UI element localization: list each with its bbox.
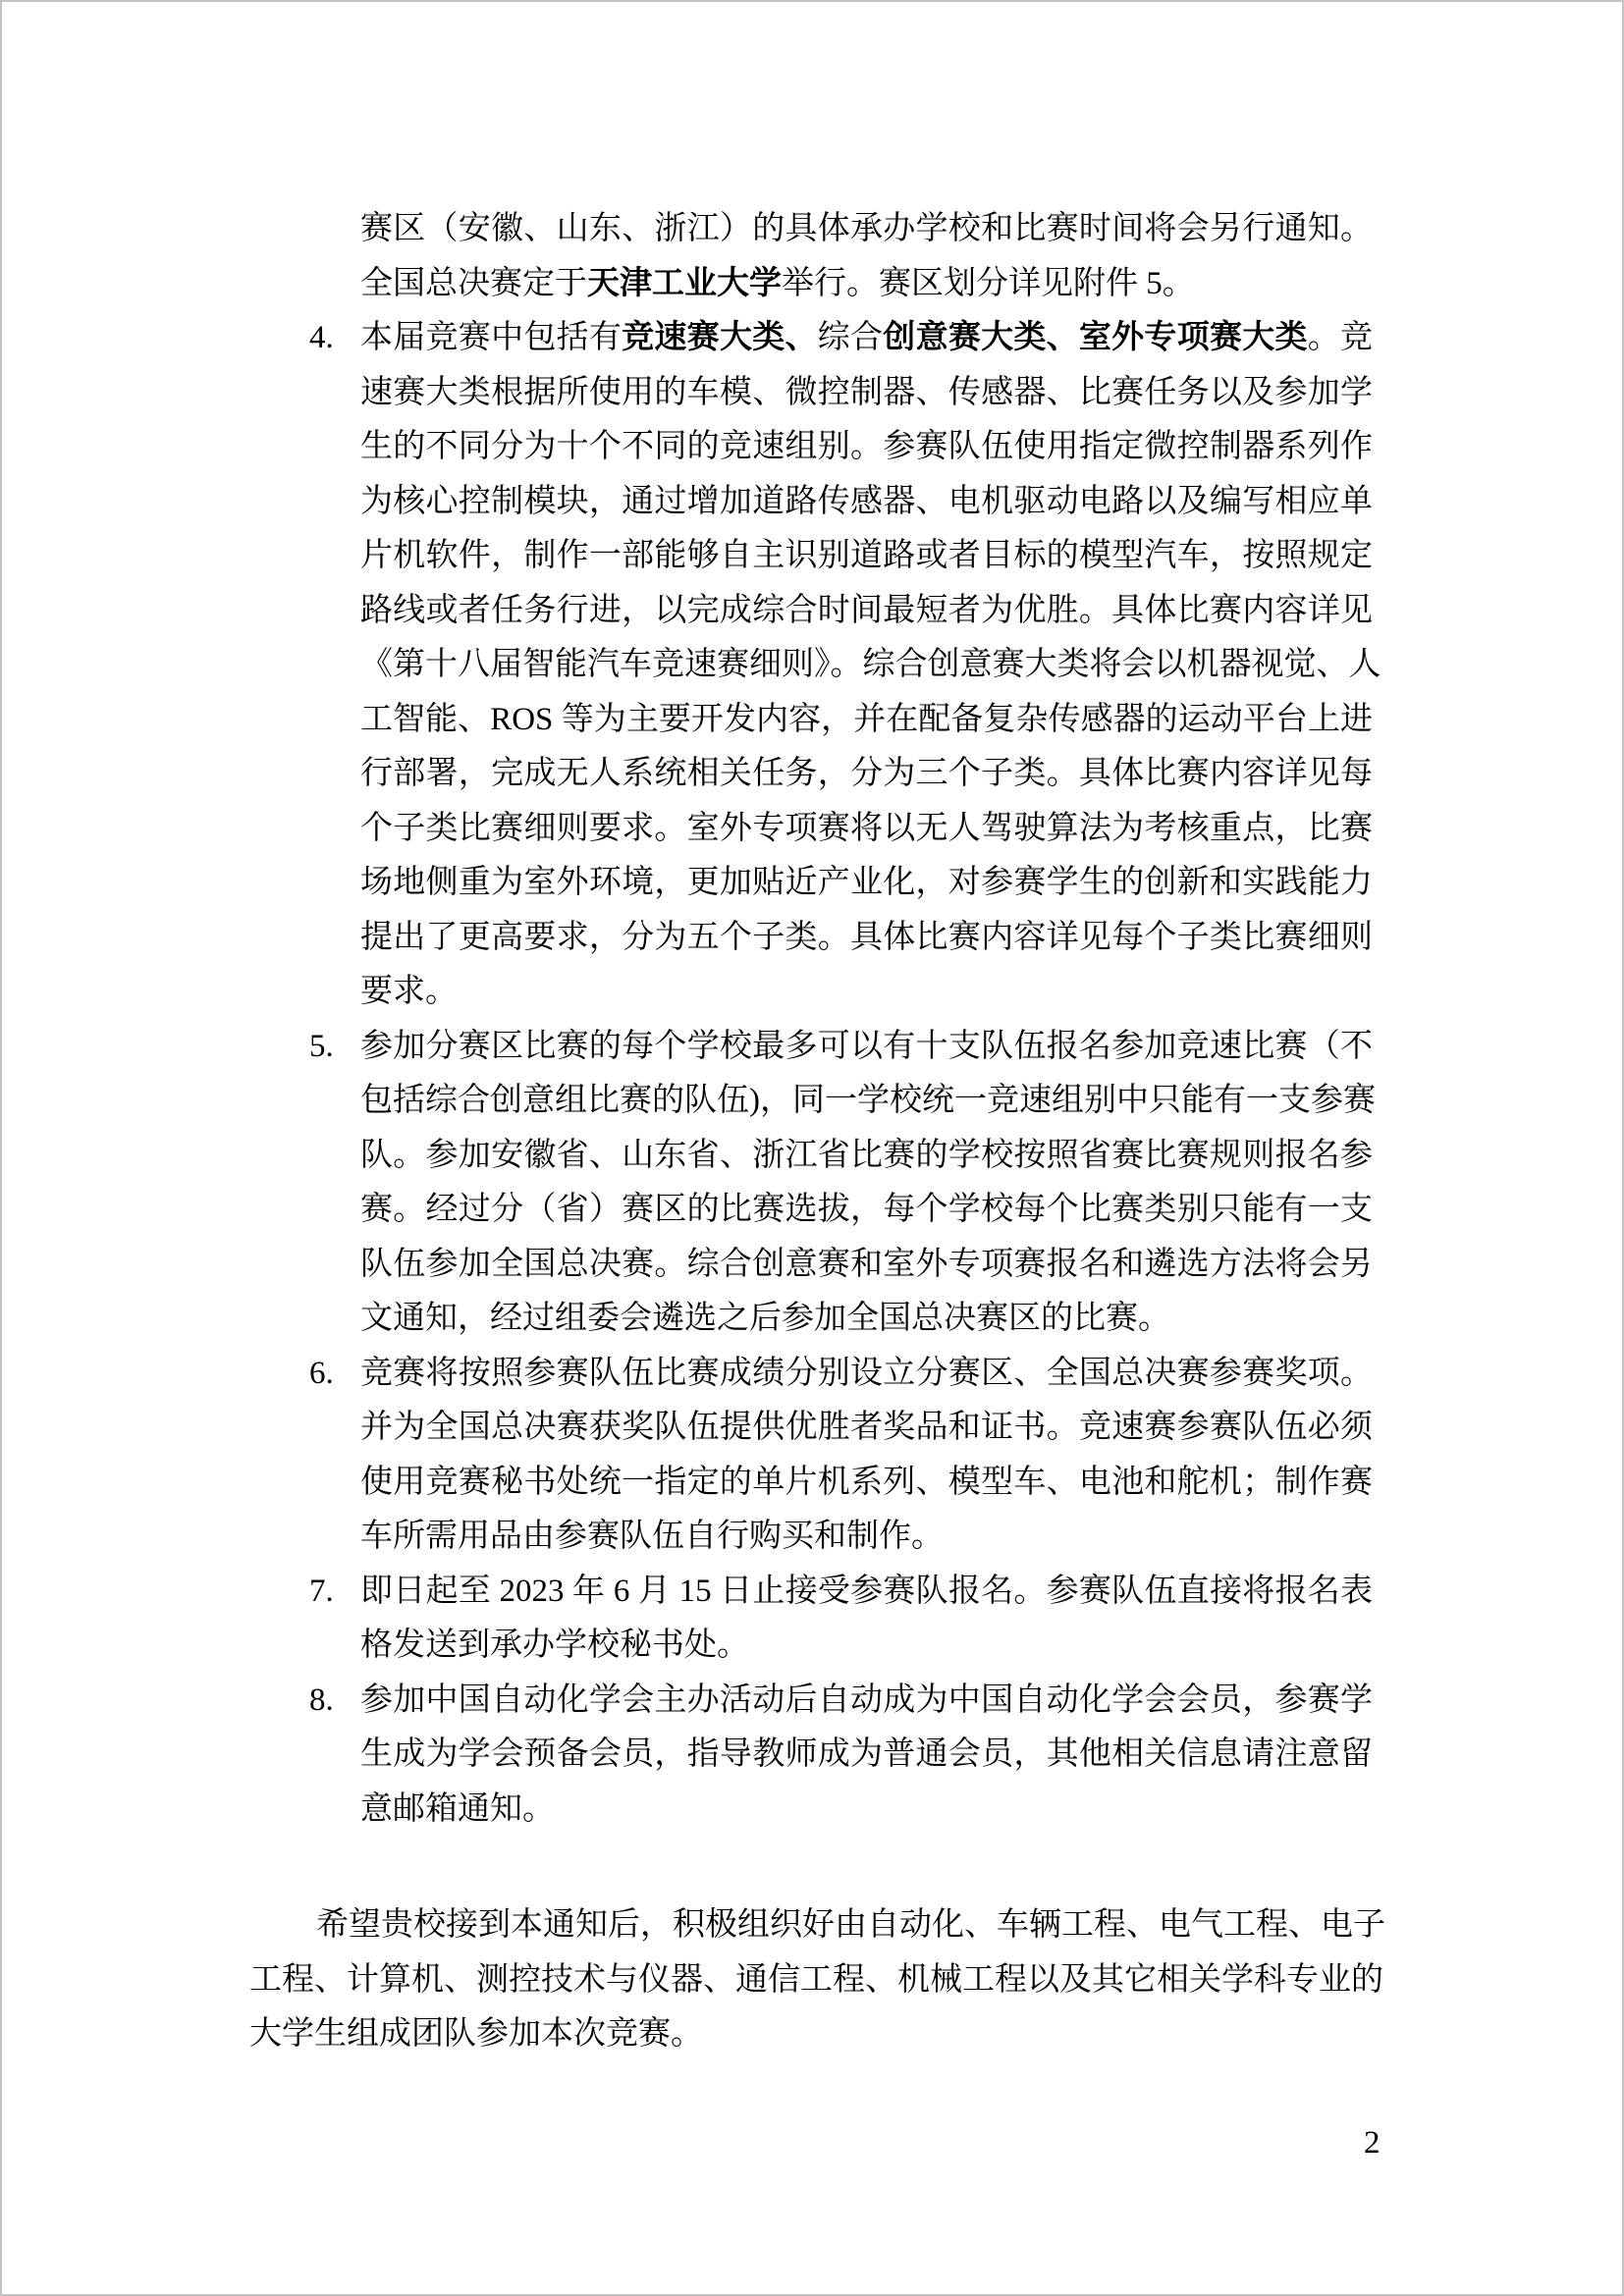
text-line: 路线或者任务行进，以完成综合时间最短者为优胜。具体比赛内容详见 [360,584,1373,639]
text-segment: 速赛大类根据所使用的车模、微控制器、传感器、比赛任务以及参加学 [360,375,1373,410]
text-segment: 《第十八届智能汽车竞速赛细则》。综合创意赛大类将会以机器视觉、人 [360,647,1381,682]
text-segment: 工程、计算机、测控技术与仪器、通信工程、机械工程以及其它相关学科专业的 [249,1962,1383,1998]
text-segment: 行部署，完成无人系统相关任务，分为三个子类。具体比赛内容详见每 [360,756,1373,791]
text-line: 文通知，经过组委会遴选之后参加全国总决赛区的比赛。 [360,1292,1373,1347]
text-segment: 队伍参加全国总决赛。综合创意赛和室外专项赛报名和遴选方法将会另 [360,1247,1373,1282]
list-item-number: 4. [309,311,360,1020]
bold-text-segment: 竞速赛大类、 [622,320,818,355]
text-line: 工程、计算机、测控技术与仪器、通信工程、机械工程以及其它相关学科专业的 [249,1953,1373,2008]
bold-text-segment: 创意赛大类、室外专项赛大类 [883,320,1307,355]
text-line: 并为全国总决赛获奖队伍提供优胜者奖品和证书。竞速赛参赛队伍必须 [360,1401,1373,1456]
text-segment: 举行。赛区划分详见附件 5。 [782,266,1195,301]
text-line: 希望贵校接到本通知后，积极组织好由自动化、车辆工程、电气工程、电子 [249,1898,1373,1953]
text-segment: 希望贵校接到本通知后，积极组织好由自动化、车辆工程、电气工程、电子 [316,1907,1385,1943]
text-line: 《第十八届智能汽车竞速赛细则》。综合创意赛大类将会以机器视觉、人 [360,638,1373,693]
text-line: 车所需用品由参赛队伍自行购买和制作。 [360,1510,1373,1565]
text-line: 提出了更高要求，分为五个子类。具体比赛内容详见每个子类比赛细则 [360,911,1373,966]
bold-text-segment: 天津工业大学 [587,266,782,301]
text-segment: 意邮箱通知。 [360,1791,555,1827]
list-item: 4.本届竞赛中包括有竞速赛大类、综合创意赛大类、室外专项赛大类。竞速赛大类根据所… [309,311,1624,1020]
list-item-body: 本届竞赛中包括有竞速赛大类、综合创意赛大类、室外专项赛大类。竞速赛大类根据所使用… [360,311,1373,1020]
text-line: 即日起至 2023 年 6 月 15 日止接受参赛队报名。参赛队伍直接将报名表 [360,1565,1373,1620]
text-segment: 包括综合创意组比赛的队伍)，同一学校统一竞速组别中只能有一支参赛 [360,1083,1376,1118]
text-line: 参加分赛区比赛的每个学校最多可以有十支队伍报名参加竞速比赛（不 [360,1020,1373,1075]
text-segment: 个子类比赛细则要求。室外专项赛将以无人驾驶算法为考核重点，比赛 [360,811,1373,846]
list-item: 5.参加分赛区比赛的每个学校最多可以有十支队伍报名参加竞速比赛（不包括综合创意组… [309,1020,1624,1347]
text-segment: 赛区（安徽、山东、浙江）的具体承办学校和比赛时间将会另行通知。 [360,211,1373,246]
text-line: 包括综合创意组比赛的队伍)，同一学校统一竞速组别中只能有一支参赛 [360,1074,1373,1129]
text-segment: 生成为学会预备会员，指导教师成为普通会员，其他相关信息请注意留 [360,1736,1373,1772]
list-item-body: 即日起至 2023 年 6 月 15 日止接受参赛队报名。参赛队伍直接将报名表格… [360,1565,1373,1674]
text-segment: 全国总决赛定于 [360,266,587,301]
text-line: 片机软件，制作一部能够自主识别道路或者目标的模型汽车，按照规定 [360,529,1373,584]
text-segment: 车所需用品由参赛队伍自行购买和制作。 [360,1519,944,1554]
text-line: 行部署，完成无人系统相关任务，分为三个子类。具体比赛内容详见每 [360,747,1373,802]
text-segment: 文通知，经过组委会遴选之后参加全国总决赛区的比赛。 [360,1301,1170,1336]
text-line: 生成为学会预备会员，指导教师成为普通会员，其他相关信息请注意留 [360,1728,1373,1783]
text-line: 场地侧重为室外环境，更加贴近产业化，对参赛学生的创新和实践能力 [360,856,1373,911]
text-segment: 工智能、ROS 等为主要开发内容，并在配备复杂传感器的运动平台上进 [360,702,1373,737]
text-segment: 参加中国自动化学会主办活动后自动成为中国自动化学会会员，参赛学 [360,1682,1373,1718]
text-line: 本届竞赛中包括有竞速赛大类、综合创意赛大类、室外专项赛大类。竞 [360,311,1373,366]
document-page: 赛区（安徽、山东、浙江）的具体承办学校和比赛时间将会另行通知。全国总决赛定于天津… [0,0,1624,2296]
text-line: 队伍参加全国总决赛。综合创意赛和室外专项赛报名和遴选方法将会另 [360,1238,1373,1293]
text-line: 为核心控制模块，通过增加道路传感器、电机驱动电路以及编写相应单 [360,475,1373,530]
text-segment: 大学生组成团队参加本次竞赛。 [249,2016,703,2052]
list-item-number: 8. [309,1674,360,1838]
text-line: 格发送到承办学校秘书处。 [360,1619,1373,1674]
text-line: 要求。 [360,965,1373,1020]
text-line: 赛。经过分（省）赛区的比赛选拔，每个学校每个比赛类别只能有一支 [360,1183,1373,1238]
closing-paragraph: 希望贵校接到本通知后，积极组织好由自动化、车辆工程、电气工程、电子工程、计算机、… [249,1898,1373,2062]
text-line: 大学生组成团队参加本次竞赛。 [249,2007,1373,2062]
text-segment: 参加分赛区比赛的每个学校最多可以有十支队伍报名参加竞速比赛（不 [360,1029,1373,1064]
text-line: 工智能、ROS 等为主要开发内容，并在配备复杂传感器的运动平台上进 [360,693,1373,748]
list-item: 6.竞赛将按照参赛队伍比赛成绩分别设立分赛区、全国总决赛参赛奖项。并为全国总决赛… [309,1347,1624,1565]
numbered-list: 4.本届竞赛中包括有竞速赛大类、综合创意赛大类、室外专项赛大类。竞速赛大类根据所… [0,311,1624,1837]
page-number: 2 [1364,2116,1380,2171]
text-segment: 提出了更高要求，分为五个子类。具体比赛内容详见每个子类比赛细则 [360,920,1373,955]
text-segment: 片机软件，制作一部能够自主识别道路或者目标的模型汽车，按照规定 [360,538,1373,573]
text-line: 使用竞赛秘书处统一指定的单片机系列、模型车、电池和舵机；制作赛 [360,1456,1373,1511]
page-content: 赛区（安徽、山东、浙江）的具体承办学校和比赛时间将会另行通知。全国总决赛定于天津… [0,202,1624,2062]
text-segment: 。竞 [1308,320,1373,355]
text-line: 队。参加安徽省、山东省、浙江省比赛的学校按照省赛比赛规则报名参 [360,1129,1373,1184]
text-line: 全国总决赛定于天津工业大学举行。赛区划分详见附件 5。 [360,257,1373,312]
text-segment: 生的不同分为十个不同的竞速组别。参赛队伍使用指定微控制器系列作 [360,429,1373,464]
text-segment: 队。参加安徽省、山东省、浙江省比赛的学校按照省赛比赛规则报名参 [360,1138,1373,1173]
list-item-body: 参加分赛区比赛的每个学校最多可以有十支队伍报名参加竞速比赛（不包括综合创意组比赛… [360,1020,1373,1347]
text-segment: 综合 [818,320,884,355]
text-line: 个子类比赛细则要求。室外专项赛将以无人驾驶算法为考核重点，比赛 [360,802,1373,857]
text-line: 意邮箱通知。 [360,1783,1373,1838]
text-segment: 本届竞赛中包括有 [360,320,622,355]
text-segment: 路线或者任务行进，以完成综合时间最短者为优胜。具体比赛内容详见 [360,593,1373,628]
list-item-number: 5. [309,1020,360,1347]
list-item-body: 竞赛将按照参赛队伍比赛成绩分别设立分赛区、全国总决赛参赛奖项。并为全国总决赛获奖… [360,1347,1373,1565]
list-item: 7.即日起至 2023 年 6 月 15 日止接受参赛队报名。参赛队伍直接将报名… [309,1565,1624,1674]
text-segment: 赛。经过分（省）赛区的比赛选拔，每个学校每个比赛类别只能有一支 [360,1192,1373,1227]
text-line: 竞赛将按照参赛队伍比赛成绩分别设立分赛区、全国总决赛参赛奖项。 [360,1347,1373,1402]
text-segment: 为核心控制模块，通过增加道路传感器、电机驱动电路以及编写相应单 [360,484,1373,519]
text-segment: 使用竞赛秘书处统一指定的单片机系列、模型车、电池和舵机；制作赛 [360,1465,1373,1500]
list-item-number: 6. [309,1347,360,1565]
intro-paragraph: 赛区（安徽、山东、浙江）的具体承办学校和比赛时间将会另行通知。全国总决赛定于天津… [360,202,1373,311]
text-line: 速赛大类根据所使用的车模、微控制器、传感器、比赛任务以及参加学 [360,366,1373,421]
text-line: 赛区（安徽、山东、浙江）的具体承办学校和比赛时间将会另行通知。 [360,202,1373,257]
list-item: 8.参加中国自动化学会主办活动后自动成为中国自动化学会会员，参赛学生成为学会预备… [309,1674,1624,1838]
text-line: 参加中国自动化学会主办活动后自动成为中国自动化学会会员，参赛学 [360,1674,1373,1729]
list-item-number: 7. [309,1565,360,1674]
text-segment: 要求。 [360,974,458,1009]
text-segment: 并为全国总决赛获奖队伍提供优胜者奖品和证书。竞速赛参赛队伍必须 [360,1410,1373,1445]
text-segment: 即日起至 2023 年 6 月 15 日止接受参赛队报名。参赛队伍直接将报名表 [360,1574,1373,1609]
list-item-body: 参加中国自动化学会主办活动后自动成为中国自动化学会会员，参赛学生成为学会预备会员… [360,1674,1373,1838]
text-segment: 竞赛将按照参赛队伍比赛成绩分别设立分赛区、全国总决赛参赛奖项。 [360,1356,1373,1391]
text-segment: 格发送到承办学校秘书处。 [360,1628,749,1663]
text-line: 生的不同分为十个不同的竞速组别。参赛队伍使用指定微控制器系列作 [360,420,1373,475]
text-segment: 场地侧重为室外环境，更加贴近产业化，对参赛学生的创新和实践能力 [360,865,1373,900]
